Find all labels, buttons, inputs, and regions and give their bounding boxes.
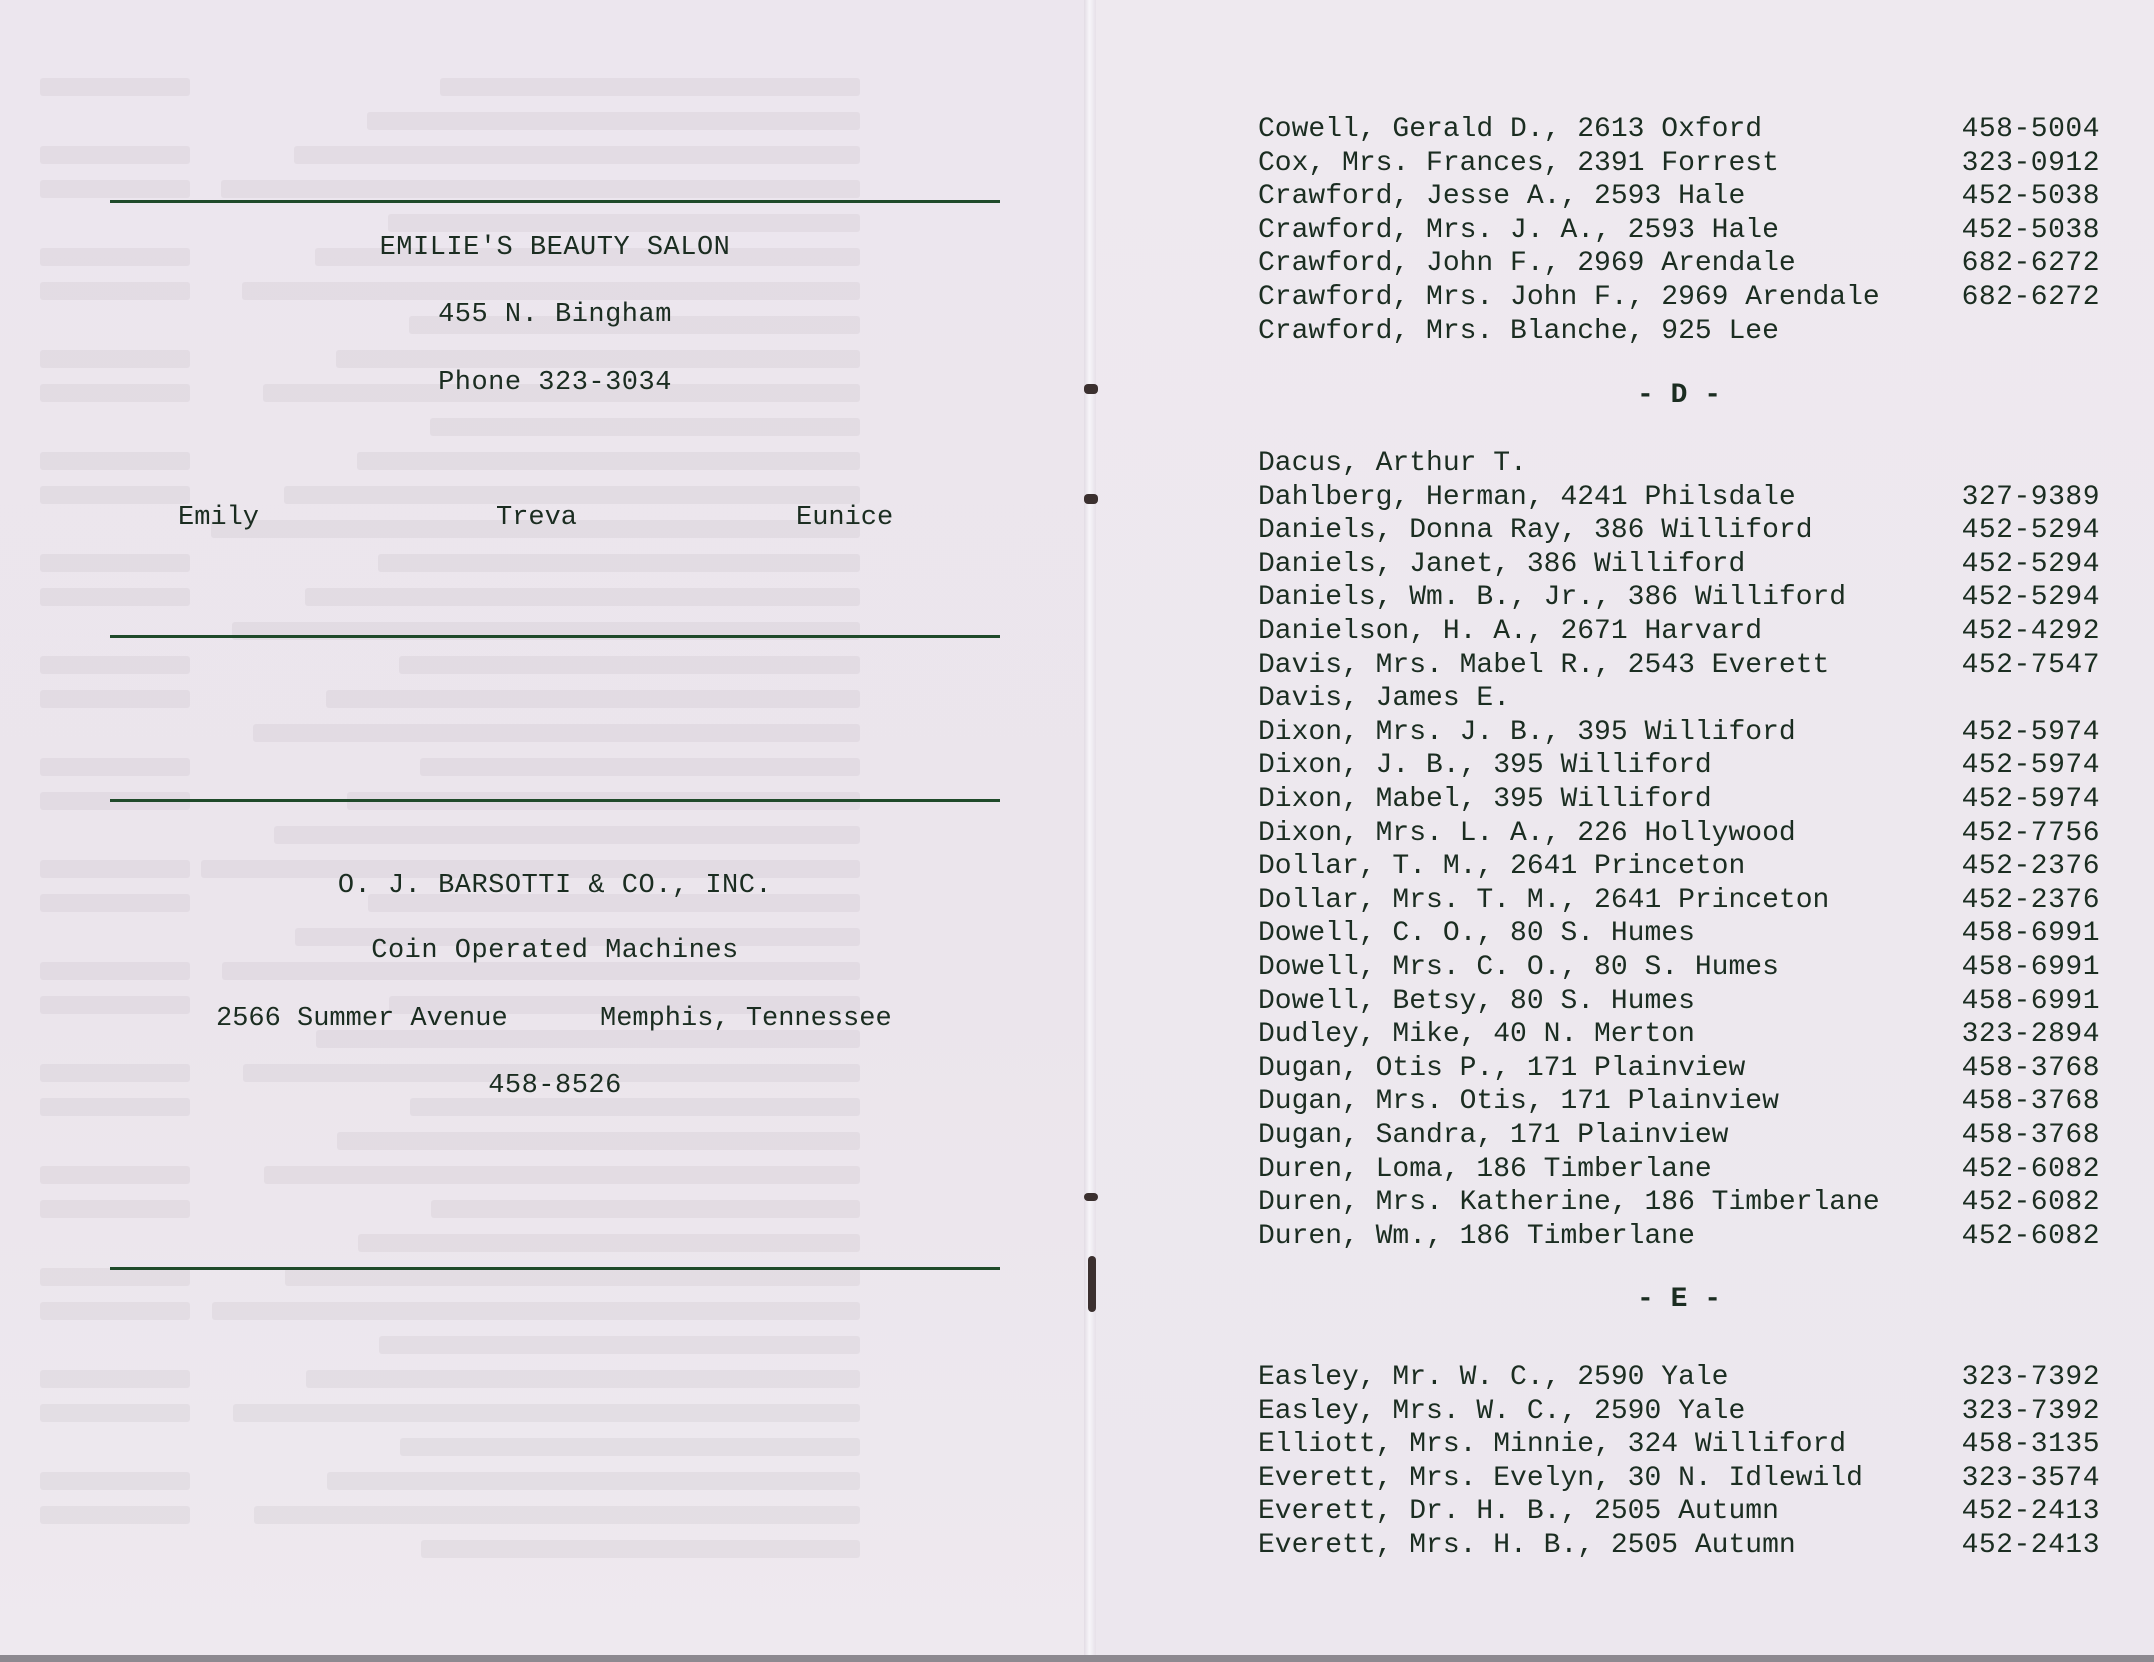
directory-entry: Duren, Mrs. Katherine, 186 Timberlane452…	[1258, 1187, 2100, 1219]
entry-name-address: Crawford, Jesse A., 2593 Hale	[1258, 181, 1745, 213]
staple	[1088, 1256, 1096, 1312]
entry-name-address: Easley, Mrs. W. C., 2590 Yale	[1258, 1396, 1745, 1428]
entry-phone: 452-5038	[1962, 215, 2100, 247]
entry-name-address: Duren, Wm., 186 Timberlane	[1258, 1221, 1695, 1253]
staff-name: Emily	[178, 503, 259, 533]
directory-entry: Dixon, Mabel, 395 Williford452-5974	[1258, 784, 2100, 816]
staff-name: Treva	[496, 503, 577, 533]
divider-rule	[110, 200, 1000, 203]
divider-rule	[110, 799, 1000, 802]
entry-phone: 458-3768	[1962, 1086, 2100, 1118]
entry-phone: 452-4292	[1962, 616, 2100, 648]
entry-phone: 323-0912	[1962, 148, 2100, 180]
directory-entry: Dixon, J. B., 395 Williford452-5974	[1258, 750, 2100, 782]
entry-phone: 323-2894	[1962, 1019, 2100, 1051]
entry-phone: 452-6082	[1962, 1221, 2100, 1253]
staple-hole	[1084, 384, 1098, 394]
directory-entry: Dollar, Mrs. T. M., 2641 Princeton452-23…	[1258, 885, 2100, 917]
directory-entry: Crawford, Mrs. Blanche, 925 Lee	[1258, 316, 2100, 348]
directory-entry: Everett, Dr. H. B., 2505 Autumn452-2413	[1258, 1496, 2100, 1528]
directory-entry: Dowell, Mrs. C. O., 80 S. Humes458-6991	[1258, 952, 2100, 984]
entry-name-address: Daniels, Donna Ray, 386 Williford	[1258, 515, 1813, 547]
entry-name-address: Everett, Mrs. Evelyn, 30 N. Idlewild	[1258, 1463, 1863, 1495]
entry-name-address: Dugan, Mrs. Otis, 171 Plainview	[1258, 1086, 1779, 1118]
entry-phone: 458-5004	[1962, 114, 2100, 146]
directory-entry: Crawford, Mrs. John F., 2969 Arendale682…	[1258, 282, 2100, 314]
directory-entry: Dugan, Mrs. Otis, 171 Plainview458-3768	[1258, 1086, 2100, 1118]
directory-entry: Duren, Loma, 186 Timberlane452-6082	[1258, 1154, 2100, 1186]
divider-rule	[110, 1267, 1000, 1270]
ad-barsotti-tagline: Coin Operated Machines	[110, 936, 1000, 966]
entry-name-address: Dowell, Betsy, 80 S. Humes	[1258, 986, 1695, 1018]
directory-entry: Dowell, Betsy, 80 S. Humes458-6991	[1258, 986, 2100, 1018]
entry-name-address: Daniels, Wm. B., Jr., 386 Williford	[1258, 582, 1846, 614]
entry-phone: 452-6082	[1962, 1187, 2100, 1219]
entry-phone: 452-5974	[1962, 784, 2100, 816]
entry-name-address: Davis, Mrs. Mabel R., 2543 Everett	[1258, 650, 1829, 682]
section-heading: - D -	[1258, 380, 2100, 411]
entry-name-address: Cox, Mrs. Frances, 2391 Forrest	[1258, 148, 1779, 180]
entry-name-address: Dugan, Sandra, 171 Plainview	[1258, 1120, 1728, 1152]
left-page: EMILIE'S BEAUTY SALON 455 N. Bingham Pho…	[0, 0, 1090, 1655]
directory-entry: Danielson, H. A., 2671 Harvard452-4292	[1258, 616, 2100, 648]
entry-name-address: Crawford, Mrs. Blanche, 925 Lee	[1258, 316, 1779, 348]
directory-entry: Easley, Mrs. W. C., 2590 Yale323-7392	[1258, 1396, 2100, 1428]
staple-hole	[1084, 494, 1098, 504]
entry-phone: 452-2376	[1962, 885, 2100, 917]
entry-phone: 452-7547	[1962, 650, 2100, 682]
entry-phone: 452-5974	[1962, 750, 2100, 782]
entry-name-address: Everett, Dr. H. B., 2505 Autumn	[1258, 1496, 1779, 1528]
entry-name-address: Dixon, J. B., 395 Williford	[1258, 750, 1712, 782]
page-bottom-edge	[0, 1655, 2154, 1662]
entry-name-address: Dollar, T. M., 2641 Princeton	[1258, 851, 1745, 883]
entry-phone: 458-3768	[1962, 1053, 2100, 1085]
directory-entry: Elliott, Mrs. Minnie, 324 Williford458-3…	[1258, 1429, 2100, 1461]
entry-phone: 458-6991	[1962, 952, 2100, 984]
staple-hole	[1084, 1193, 1098, 1201]
directory-entry: Daniels, Donna Ray, 386 Williford452-529…	[1258, 515, 2100, 547]
entry-phone: 323-3574	[1962, 1463, 2100, 1495]
directory-entry: Daniels, Janet, 386 Williford452-5294	[1258, 549, 2100, 581]
directory-entry: Cowell, Gerald D., 2613 Oxford458-5004	[1258, 114, 2100, 146]
section-heading: - E -	[1258, 1284, 2100, 1315]
entry-name-address: Danielson, H. A., 2671 Harvard	[1258, 616, 1762, 648]
directory-entry: Davis, James E.	[1258, 683, 2100, 715]
entry-name-address: Easley, Mr. W. C., 2590 Yale	[1258, 1362, 1728, 1394]
entry-phone: 452-5974	[1962, 717, 2100, 749]
entry-name-address: Dahlberg, Herman, 4241 Philsdale	[1258, 482, 1796, 514]
entry-phone: 682-6272	[1962, 248, 2100, 280]
entry-name-address: Cowell, Gerald D., 2613 Oxford	[1258, 114, 1762, 146]
ad-barsotti-street: 2566 Summer Avenue	[216, 1004, 508, 1034]
book-spine	[1084, 0, 1096, 1655]
directory-entry: Dixon, Mrs. J. B., 395 Williford452-5974	[1258, 717, 2100, 749]
entry-phone: 458-6991	[1962, 918, 2100, 950]
entry-phone: 452-5038	[1962, 181, 2100, 213]
entry-phone: 452-5294	[1962, 549, 2100, 581]
entry-name-address: Crawford, Mrs. J. A., 2593 Hale	[1258, 215, 1779, 247]
entry-phone: 452-7756	[1962, 818, 2100, 850]
entry-name-address: Dugan, Otis P., 171 Plainview	[1258, 1053, 1745, 1085]
directory-entry: Dudley, Mike, 40 N. Merton323-2894	[1258, 1019, 2100, 1051]
ad-barsotti-city: Memphis, Tennessee	[600, 1004, 892, 1034]
entry-name-address: Dowell, Mrs. C. O., 80 S. Humes	[1258, 952, 1779, 984]
entry-name-address: Dowell, C. O., 80 S. Humes	[1258, 918, 1695, 950]
directory-entry: Dahlberg, Herman, 4241 Philsdale327-9389	[1258, 482, 2100, 514]
entry-name-address: Everett, Mrs. H. B., 2505 Autumn	[1258, 1530, 1796, 1562]
directory-entry: Easley, Mr. W. C., 2590 Yale323-7392	[1258, 1362, 2100, 1394]
directory-entry: Cox, Mrs. Frances, 2391 Forrest323-0912	[1258, 148, 2100, 180]
directory-entry: Crawford, Mrs. J. A., 2593 Hale452-5038	[1258, 215, 2100, 247]
entry-phone: 323-7392	[1962, 1396, 2100, 1428]
staff-name: Eunice	[796, 503, 893, 533]
ad-emilies-address: 455 N. Bingham	[110, 300, 1000, 330]
directory-entry: Dugan, Sandra, 171 Plainview458-3768	[1258, 1120, 2100, 1152]
directory-entry: Dowell, C. O., 80 S. Humes458-6991	[1258, 918, 2100, 950]
directory-entry: Duren, Wm., 186 Timberlane452-6082	[1258, 1221, 2100, 1253]
entry-name-address: Dudley, Mike, 40 N. Merton	[1258, 1019, 1695, 1051]
entry-phone: 458-3768	[1962, 1120, 2100, 1152]
directory-entry: Crawford, Jesse A., 2593 Hale452-5038	[1258, 181, 2100, 213]
entry-name-address: Davis, James E.	[1258, 683, 1510, 715]
divider-rule	[110, 635, 1000, 638]
directory-entry: Daniels, Wm. B., Jr., 386 Williford452-5…	[1258, 582, 2100, 614]
directory-entry: Everett, Mrs. H. B., 2505 Autumn452-2413	[1258, 1530, 2100, 1562]
entry-phone: 452-2376	[1962, 851, 2100, 883]
entry-name-address: Dollar, Mrs. T. M., 2641 Princeton	[1258, 885, 1829, 917]
entry-phone: 323-7392	[1962, 1362, 2100, 1394]
entry-name-address: Daniels, Janet, 386 Williford	[1258, 549, 1745, 581]
directory-entry: Dollar, T. M., 2641 Princeton452-2376	[1258, 851, 2100, 883]
directory-entry: Davis, Mrs. Mabel R., 2543 Everett452-75…	[1258, 650, 2100, 682]
directory-entry: Dixon, Mrs. L. A., 226 Hollywood452-7756	[1258, 818, 2100, 850]
ad-barsotti-business-name: O. J. BARSOTTI & CO., INC.	[110, 871, 1000, 901]
entry-name-address: Crawford, Mrs. John F., 2969 Arendale	[1258, 282, 1880, 314]
directory-entry: Dacus, Arthur T.	[1258, 448, 2100, 480]
entry-name-address: Duren, Mrs. Katherine, 186 Timberlane	[1258, 1187, 1880, 1219]
entry-name-address: Dixon, Mrs. J. B., 395 Williford	[1258, 717, 1796, 749]
entry-phone: 452-5294	[1962, 582, 2100, 614]
entry-name-address: Dixon, Mabel, 395 Williford	[1258, 784, 1712, 816]
entry-phone: 682-6272	[1962, 282, 2100, 314]
entry-phone: 452-5294	[1962, 515, 2100, 547]
entry-phone: 327-9389	[1962, 482, 2100, 514]
ad-emilies-business-name: EMILIE'S BEAUTY SALON	[110, 233, 1000, 263]
entry-name-address: Dacus, Arthur T.	[1258, 448, 1527, 480]
entry-name-address: Duren, Loma, 186 Timberlane	[1258, 1154, 1712, 1186]
entry-name-address: Elliott, Mrs. Minnie, 324 Williford	[1258, 1429, 1846, 1461]
entry-phone: 452-6082	[1962, 1154, 2100, 1186]
entry-phone: 452-2413	[1962, 1530, 2100, 1562]
entry-phone: 452-2413	[1962, 1496, 2100, 1528]
directory-entry: Dugan, Otis P., 171 Plainview458-3768	[1258, 1053, 2100, 1085]
entry-name-address: Crawford, John F., 2969 Arendale	[1258, 248, 1796, 280]
entry-phone: 458-6991	[1962, 986, 2100, 1018]
ad-barsotti-phone: 458-8526	[110, 1071, 1000, 1101]
directory-entry: Crawford, John F., 2969 Arendale682-6272	[1258, 248, 2100, 280]
entry-phone: 458-3135	[1962, 1429, 2100, 1461]
entry-name-address: Dixon, Mrs. L. A., 226 Hollywood	[1258, 818, 1796, 850]
directory-entry: Everett, Mrs. Evelyn, 30 N. Idlewild323-…	[1258, 1463, 2100, 1495]
ad-emilies-phone: Phone 323-3034	[110, 368, 1000, 398]
